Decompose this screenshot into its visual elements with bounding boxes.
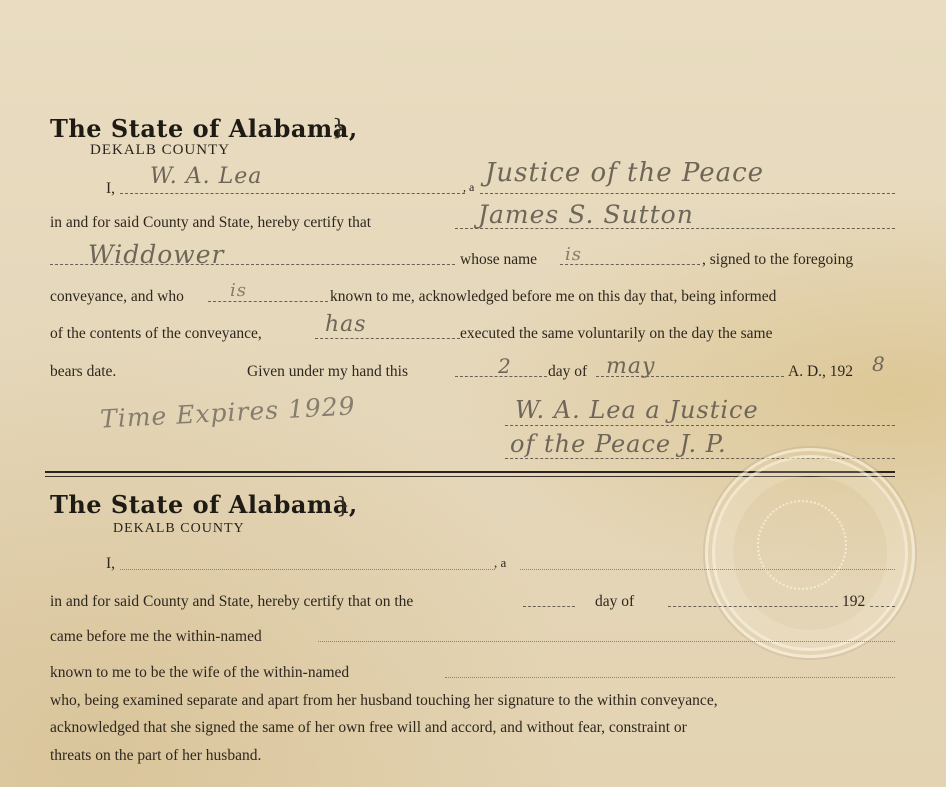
year-prefix-2: 192 <box>842 593 865 611</box>
certificate-document: The State of Alabama, } DEKALB COUNTY I,… <box>0 0 946 787</box>
executed-text: executed the same voluntarily on the day… <box>460 325 772 343</box>
year-blank-2 <box>870 606 895 607</box>
grantor-cont-handwritten: Widdower <box>88 240 224 269</box>
is-handwritten-2: is <box>230 280 247 301</box>
has-blank <box>315 338 460 339</box>
month-handwritten: may <box>606 354 655 379</box>
signature-blank-1 <box>505 425 895 426</box>
came-before-text: came before me the within-named <box>50 628 262 646</box>
state-heading-2: The State of Alabama, <box>50 490 358 519</box>
known-wife-text: known to me to be the wife of the within… <box>50 664 349 682</box>
is-blank-2 <box>208 301 328 302</box>
paragraph-line-3: threats on the part of her husband. <box>50 747 261 765</box>
has-handwritten: has <box>325 312 367 337</box>
conveyance-text: conveyance, and who <box>50 288 184 306</box>
embossed-seal <box>705 448 915 658</box>
heading-brace-2: } <box>336 494 350 519</box>
ad-year-text: A. D., 192 <box>788 363 853 381</box>
bears-date-text: bears date. <box>50 363 116 381</box>
month-blank-2 <box>668 606 838 607</box>
contents-text: of the contents of the conveyance, <box>50 325 262 343</box>
is-handwritten-1: is <box>565 244 582 265</box>
day-handwritten: 2 <box>498 354 512 378</box>
officer-name-blank-2 <box>120 569 495 570</box>
seal-center <box>757 500 847 590</box>
within-named-blank-1 <box>318 641 895 642</box>
i-prefix-1: I, <box>106 180 115 198</box>
grantor-handwritten: James S. Sutton <box>478 200 694 229</box>
day-blank-2 <box>523 606 575 607</box>
year-suffix-handwritten: 8 <box>872 352 886 376</box>
state-heading-1: The State of Alabama, <box>50 114 358 143</box>
signed-foregoing-text: , signed to the foregoing <box>702 251 853 269</box>
officer-title-blank-2 <box>520 569 895 570</box>
certify-on-text: in and for said County and State, hereby… <box>50 593 413 611</box>
day-of-text-2: day of <box>595 593 634 611</box>
officer-name-handwritten: W. A. Lea <box>150 164 262 189</box>
signature-line-1: W. A. Lea a Justice <box>515 396 759 424</box>
paragraph-line-2: acknowledged that she signed the same of… <box>50 719 687 737</box>
i-prefix-2: I, <box>106 555 115 573</box>
a-separator-2: , a <box>494 555 506 571</box>
county-label-1: DEKALB COUNTY <box>90 142 230 159</box>
county-label-2: DEKALB COUNTY <box>113 521 245 537</box>
within-named-blank-2 <box>445 677 895 678</box>
signature-line-2: of the Peace J. P. <box>510 430 727 458</box>
officer-name-blank-1 <box>120 193 465 194</box>
officer-title-handwritten: Justice of the Peace <box>485 158 764 188</box>
known-to-me-text: known to me, acknowledged before me on t… <box>330 288 776 306</box>
a-separator-1: , a <box>463 180 474 195</box>
whose-name-text: whose name <box>460 251 537 269</box>
certify-text-1: in and for said County and State, hereby… <box>50 214 371 232</box>
given-under-text: Given under my hand this <box>247 363 408 381</box>
day-of-text: day of <box>548 363 587 381</box>
time-expires-annotation: Time Expires 1929 <box>99 391 356 433</box>
paragraph-line-1: who, being examined separate and apart f… <box>50 692 718 710</box>
officer-title-blank-1 <box>480 193 895 194</box>
heading-brace-1: } <box>332 116 346 141</box>
